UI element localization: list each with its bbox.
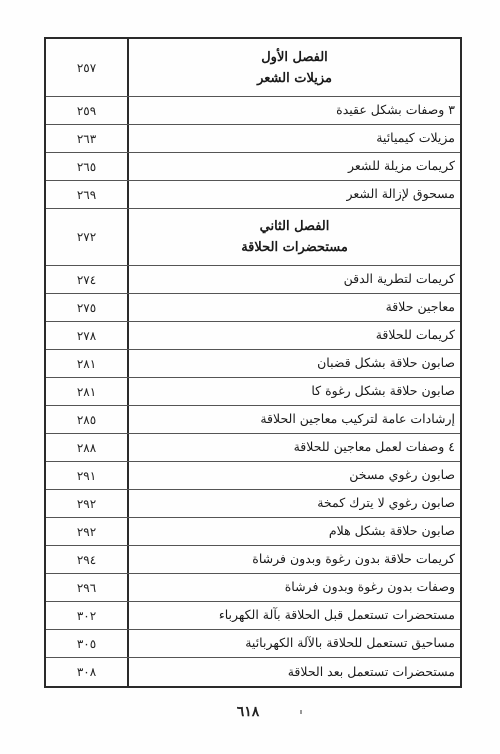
toc-entry: وصفات بدون رغوة وبدون فرشاة ٢٩٦ bbox=[46, 574, 460, 602]
page-number: ٦١٨ bbox=[228, 704, 268, 720]
toc-entry: صابون رغوي مسخن ٢٩١ bbox=[46, 462, 460, 490]
page-ref: ٢٦٩ bbox=[46, 181, 129, 208]
toc-entry: صابون رغوي لا يترك كمخة ٢٩٢ bbox=[46, 490, 460, 518]
document-page: الفصل الأول مزيلات الشعر ٢٥٧ ٣ وصفات بشك… bbox=[0, 0, 500, 754]
page-ref: ٢٧٥ bbox=[46, 294, 129, 321]
page-ref: ٢٥٩ bbox=[46, 97, 129, 124]
page-ref: ٢٩٦ bbox=[46, 574, 129, 601]
entry-title: كريمات حلاقة بدون رغوة وبدون فرشاة bbox=[129, 546, 460, 573]
page-ref: ٢٩٤ bbox=[46, 546, 129, 573]
toc-entry: مساحيق تستعمل للحلاقة بالآلة الكهربائية … bbox=[46, 630, 460, 658]
chapter-header-row: الفصل الأول مزيلات الشعر ٢٥٧ bbox=[46, 39, 460, 97]
entry-title: مستحضرات تستعمل قبل الحلاقة بآلة الكهربا… bbox=[129, 602, 460, 629]
page-ref: ٢٥٧ bbox=[46, 39, 129, 96]
page-ref: ٢٧٢ bbox=[46, 209, 129, 265]
entry-title: صابون حلاقة بشكل رغوة كا bbox=[129, 378, 460, 405]
toc-entry: كريمات للحلاقة ٢٧٨ bbox=[46, 322, 460, 350]
entry-title: كريمات مزيلة للشعر bbox=[129, 153, 460, 180]
page-ref: ٢٩٢ bbox=[46, 490, 129, 517]
toc-entry: كريمات لتطرية الدقن ٢٧٤ bbox=[46, 266, 460, 294]
toc-entry: كريمات مزيلة للشعر ٢٦٥ bbox=[46, 153, 460, 181]
chapter-subtitle: مستحضرات الحلاقة bbox=[241, 241, 348, 254]
toc-entry: مسحوق لإزالة الشعر ٢٦٩ bbox=[46, 181, 460, 209]
chapter-label: الفصل الأول bbox=[261, 51, 328, 64]
page-ref: ٢٧٤ bbox=[46, 266, 129, 293]
chapter-header-row: الفصل الثاني مستحضرات الحلاقة ٢٧٢ bbox=[46, 209, 460, 266]
entry-title: إرشادات عامة لتركيب معاجين الحلاقة bbox=[129, 406, 460, 433]
chapter-label: الفصل الثاني bbox=[260, 220, 330, 233]
toc-entry: ٤ وصفات لعمل معاجين للحلاقة ٢٨٨ bbox=[46, 434, 460, 462]
toc-table: الفصل الأول مزيلات الشعر ٢٥٧ ٣ وصفات بشك… bbox=[44, 37, 462, 688]
entry-title: كريمات للحلاقة bbox=[129, 322, 460, 349]
entry-title: مساحيق تستعمل للحلاقة بالآلة الكهربائية bbox=[129, 630, 460, 657]
toc-entry: صابون حلاقة بشكل رغوة كا ٢٨١ bbox=[46, 378, 460, 406]
toc-entry: إرشادات عامة لتركيب معاجين الحلاقة ٢٨٥ bbox=[46, 406, 460, 434]
entry-title: صابون حلاقة بشكل هلام bbox=[129, 518, 460, 545]
toc-entry: مستحضرات تستعمل بعد الحلاقة ٣٠٨ bbox=[46, 658, 460, 686]
toc-entry: مستحضرات تستعمل قبل الحلاقة بآلة الكهربا… bbox=[46, 602, 460, 630]
page-ref: ٢٩٢ bbox=[46, 518, 129, 545]
page-ref: ٢٦٣ bbox=[46, 125, 129, 152]
entry-title: ٤ وصفات لعمل معاجين للحلاقة bbox=[129, 434, 460, 461]
page-ref: ٢٦٥ bbox=[46, 153, 129, 180]
chapter-title-cell: الفصل الأول مزيلات الشعر bbox=[129, 39, 460, 96]
entry-title: صابون رغوي لا يترك كمخة bbox=[129, 490, 460, 517]
page-ref: ٢٨١ bbox=[46, 350, 129, 377]
toc-entry: ٣ وصفات بشكل عقيدة ٢٥٩ bbox=[46, 97, 460, 125]
page-ref: ٢٧٨ bbox=[46, 322, 129, 349]
page-ref: ٢٨٥ bbox=[46, 406, 129, 433]
entry-title: مزيلات كيميائية bbox=[129, 125, 460, 152]
page-ref: ٢٨٨ bbox=[46, 434, 129, 461]
page-ref: ٢٩١ bbox=[46, 462, 129, 489]
page-ref: ٢٨١ bbox=[46, 378, 129, 405]
entry-title: معاجين حلاقة bbox=[129, 294, 460, 321]
toc-entry: كريمات حلاقة بدون رغوة وبدون فرشاة ٢٩٤ bbox=[46, 546, 460, 574]
entry-title: مستحضرات تستعمل بعد الحلاقة bbox=[129, 658, 460, 686]
toc-entry: صابون حلاقة بشكل هلام ٢٩٢ bbox=[46, 518, 460, 546]
chapter-title-cell: الفصل الثاني مستحضرات الحلاقة bbox=[129, 209, 460, 265]
entry-title: صابون رغوي مسخن bbox=[129, 462, 460, 489]
scan-artifact bbox=[300, 710, 302, 714]
entry-title: وصفات بدون رغوة وبدون فرشاة bbox=[129, 574, 460, 601]
page-ref: ٣٠٥ bbox=[46, 630, 129, 657]
entry-title: كريمات لتطرية الدقن bbox=[129, 266, 460, 293]
toc-entry: مزيلات كيميائية ٢٦٣ bbox=[46, 125, 460, 153]
entry-title: صابون حلاقة بشكل قضبان bbox=[129, 350, 460, 377]
entry-title: ٣ وصفات بشكل عقيدة bbox=[129, 97, 460, 124]
page-ref: ٣٠٢ bbox=[46, 602, 129, 629]
toc-entry: معاجين حلاقة ٢٧٥ bbox=[46, 294, 460, 322]
toc-entry: صابون حلاقة بشكل قضبان ٢٨١ bbox=[46, 350, 460, 378]
chapter-subtitle: مزيلات الشعر bbox=[257, 72, 332, 85]
entry-title: مسحوق لإزالة الشعر bbox=[129, 181, 460, 208]
page-ref: ٣٠٨ bbox=[46, 658, 129, 686]
